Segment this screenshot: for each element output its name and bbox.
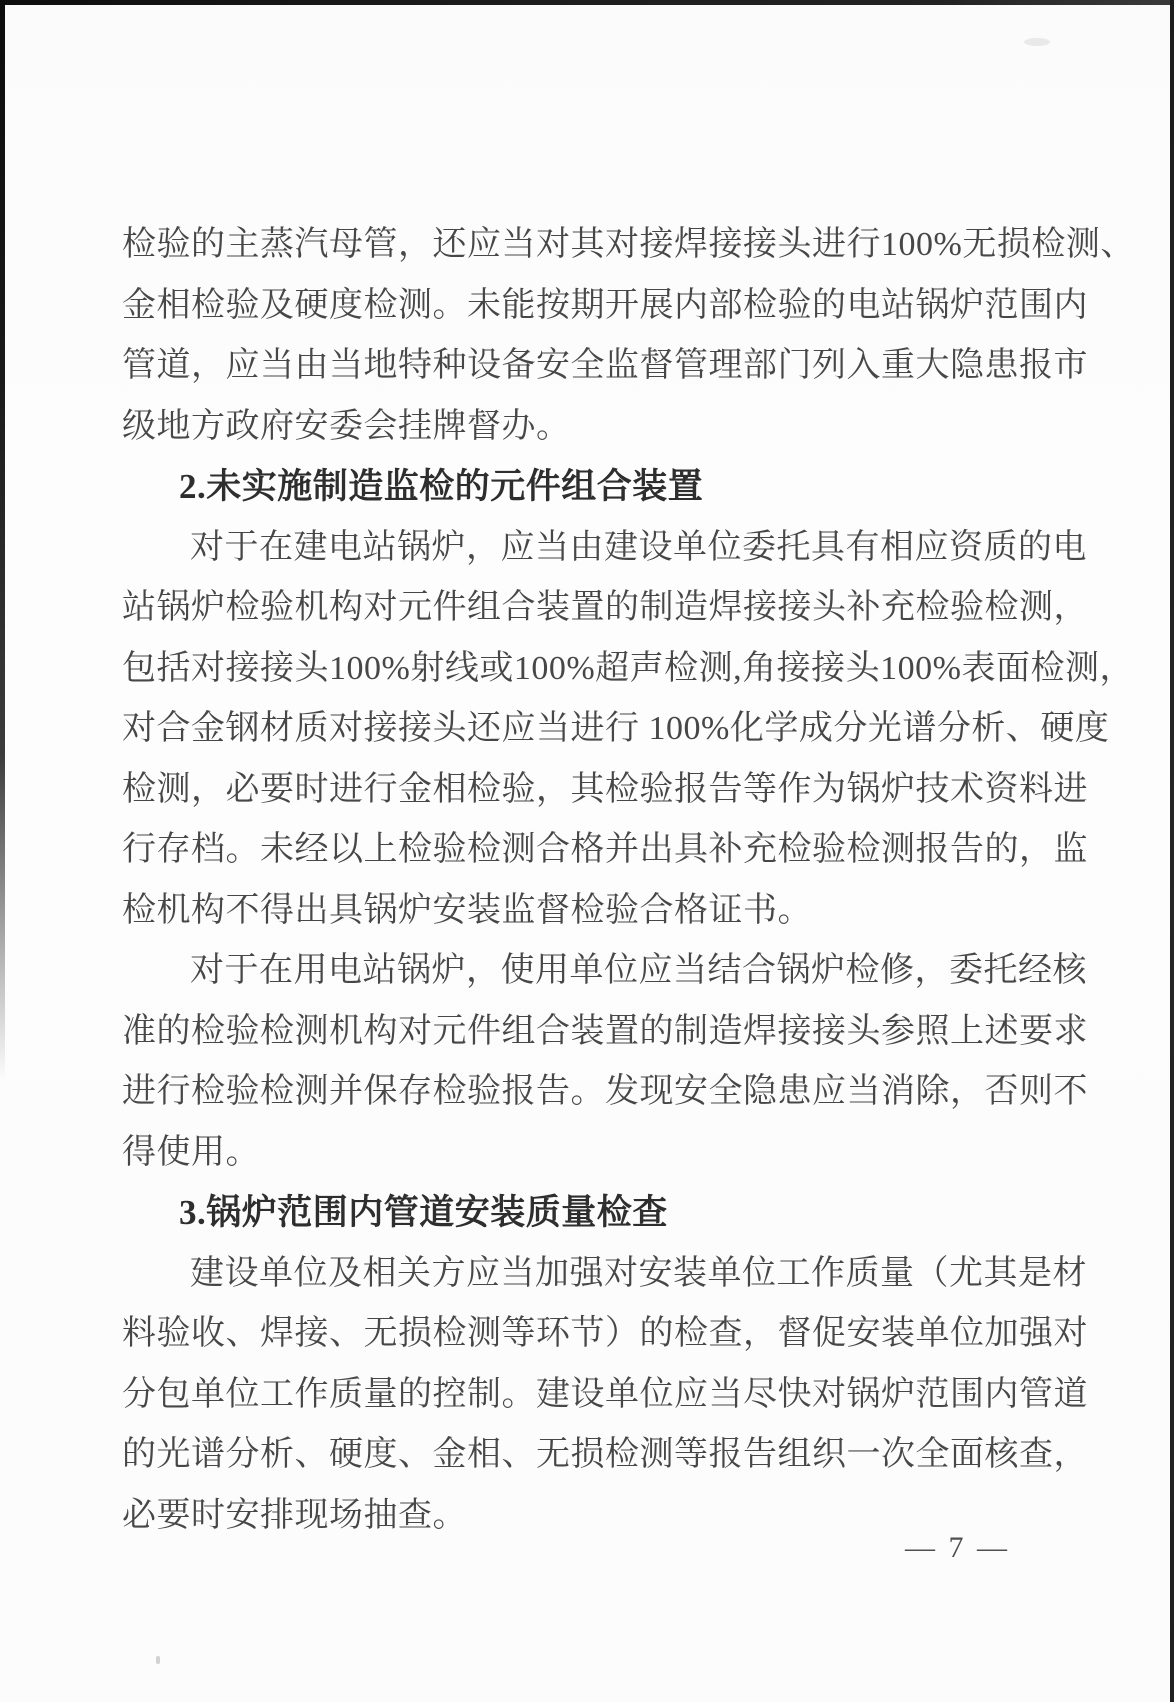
text-line-11: 行存档。未经以上检验检测合格并出具补充检验检测报告的，监 (122, 820, 1035, 881)
document-text-block: 检验的主蒸汽母管，还应当对其对接焊接接头进行100%无损检测、金相检验及硬度检测… (122, 215, 1035, 1546)
section-heading-line-17: 3.锅炉范围内管道安装质量检查 (122, 1183, 1035, 1244)
text-line-16: 得使用。 (122, 1123, 1035, 1184)
text-line-2: 金相检验及硬度检测。未能按期开展内部检验的电站锅炉范围内 (122, 276, 1035, 337)
scanned-document-page: 检验的主蒸汽母管，还应当对其对接焊接接头进行100%无损检测、金相检验及硬度检测… (0, 0, 1174, 1702)
text-line-22: 必要时安排现场抽查。 (122, 1486, 1035, 1547)
text-line-8: 包括对接接头100%射线或100%超声检测,角接接头100%表面检测， (122, 639, 1035, 700)
section-heading-line-5: 2.未实施制造监检的元件组合装置 (122, 457, 1035, 518)
text-line-4: 级地方政府安委会挂牌督办。 (122, 397, 1035, 458)
text-line-14: 准的检验检测机构对元件组合装置的制造焊接接头参照上述要求 (122, 1002, 1035, 1063)
text-line-12: 检机构不得出具锅炉安装监督检验合格证书。 (122, 881, 1035, 942)
text-line-10: 检测，必要时进行金相检验，其检验报告等作为锅炉技术资料进 (122, 760, 1035, 821)
scan-edge-top (0, 0, 1174, 5)
text-line-20: 分包单位工作质量的控制。建设单位应当尽快对锅炉范围内管道 (122, 1365, 1035, 1426)
text-line-18: 建设单位及相关方应当加强对安装单位工作质量（尤其是材 (122, 1244, 1035, 1305)
text-line-6: 对于在建电站锅炉，应当由建设单位委托具有相应资质的电 (122, 518, 1035, 579)
text-line-19: 料验收、焊接、无损检测等环节）的检查，督促安装单位加强对 (122, 1304, 1035, 1365)
scan-speck (156, 1656, 160, 1664)
text-line-21: 的光谱分析、硬度、金相、无损检测等报告组织一次全面核查， (122, 1425, 1035, 1486)
text-line-9: 对合金钢材质对接接头还应当进行 100%化学成分光谱分析、硬度 (122, 699, 1035, 760)
text-line-13: 对于在用电站锅炉，使用单位应当结合锅炉检修，委托经核 (122, 941, 1035, 1002)
text-line-15: 进行检验检测并保存检验报告。发现安全隐患应当消除，否则不 (122, 1062, 1035, 1123)
scan-smudge (1024, 38, 1050, 46)
scan-edge-right (1170, 0, 1174, 1702)
text-line-1: 检验的主蒸汽母管，还应当对其对接焊接接头进行100%无损检测、 (122, 215, 1035, 276)
text-line-7: 站锅炉检验机构对元件组合装置的制造焊接接头补充检验检测， (122, 578, 1035, 639)
scan-edge-left (0, 0, 5, 1080)
text-line-3: 管道，应当由当地特种设备安全监督管理部门列入重大隐患报市 (122, 336, 1035, 397)
page-number: — 7 — (905, 1528, 1010, 1568)
